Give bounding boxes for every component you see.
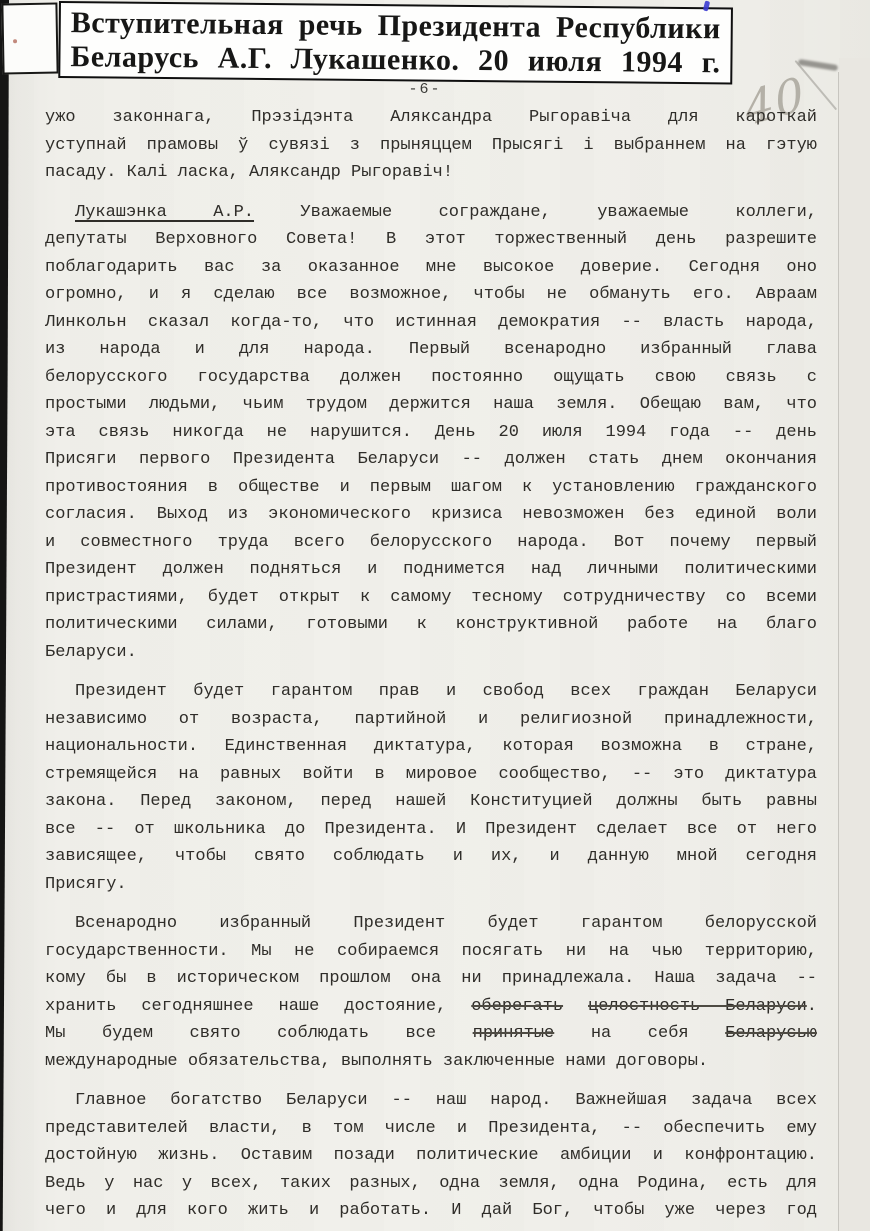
text-run: Беларуси. <box>45 643 137 662</box>
text-line: Мы будем свято соблюдать все принятые на… <box>45 1020 817 1048</box>
corner-paper-slip <box>1 3 58 75</box>
text-line: международные обязательства, выполнять з… <box>45 1048 817 1076</box>
text-run: Президент должен подняться и поднимется … <box>45 560 817 579</box>
text-run: белорусского государства должен постоянн… <box>45 368 817 387</box>
text-line: стремящейся на равных войти в мировое со… <box>45 761 817 789</box>
text-line: уступнай прамовы ў сувязі з прыняццем Пр… <box>45 132 817 160</box>
text-run: поблагодарить вас за оказанное мне высок… <box>45 258 817 277</box>
text-line: политическими силами, готовыми к констру… <box>45 611 817 639</box>
text-run: Присяги первого Президента Беларуси -- д… <box>45 450 817 469</box>
paragraph: ужо законнага, Прэзідэнта Аляксандра Рыг… <box>45 104 817 187</box>
text-run: национальности. Единственная диктатура, … <box>45 737 817 756</box>
red-speck <box>13 39 17 43</box>
text-run: депутаты Верховного Совета! В этот торже… <box>45 230 817 249</box>
text-line: согласия. Выход из экономического кризис… <box>45 501 817 529</box>
text-run: международные обязательства, выполнять з… <box>45 1052 708 1071</box>
scan-edge-shadow <box>0 0 9 1231</box>
pen-struck-text: принятые <box>473 1024 555 1043</box>
text-line: депутаты Верховного Совета! В этот торже… <box>45 226 817 254</box>
pen-struck-text: целостность Беларуси <box>588 997 807 1016</box>
text-line: Ведь у нас у всех, таких разных, одна зе… <box>45 1170 817 1198</box>
text-line: Присяги первого Президента Беларуси -- д… <box>45 446 817 474</box>
text-run: Президент будет гарантом прав и свобод в… <box>75 682 817 701</box>
text-run: политическими силами, готовыми к констру… <box>45 615 817 634</box>
text-line: и совместного труда всего белорусского н… <box>45 529 817 557</box>
text-run: хранить сегодняшнее наше достояние, <box>45 997 471 1016</box>
paragraph: Главное богатство Беларуси -- наш народ.… <box>45 1087 817 1225</box>
scan-backing-strip <box>839 58 870 1231</box>
text-line: поблагодарить вас за оказанное мне высок… <box>45 254 817 282</box>
text-line: эта связь никогда не нарушится. День 20 … <box>45 419 817 447</box>
text-line: кому бы в историческом прошлом она ни пр… <box>45 965 817 993</box>
text-run: огромно, и я сделаю все возможное, чтобы… <box>45 285 817 304</box>
paragraph: Лукашэнка А.Р. Уважаемые сограждане, ува… <box>45 199 817 667</box>
text-line: независимо от возраста, партийной и рели… <box>45 706 817 734</box>
text-run: чего и для кого жить и работать. И дай Б… <box>45 1201 817 1220</box>
text-run <box>563 997 588 1016</box>
text-line: чего и для кого жить и работать. И дай Б… <box>45 1197 817 1225</box>
text-run: достойную жизнь. Оставим позади политиче… <box>45 1146 817 1165</box>
text-run: простыми людьми, чьим трудом держится на… <box>45 395 817 414</box>
document-body: ужо законнага, Прэзідэнта Аляксандра Рыг… <box>45 104 817 1225</box>
paragraph: Всенародно избранный Президент будет гар… <box>45 910 817 1075</box>
text-line: белорусского государства должен постоянн… <box>45 364 817 392</box>
text-line: Линкольн сказал когда-то, что истинная д… <box>45 309 817 337</box>
text-line: достойную жизнь. Оставим позади политиче… <box>45 1142 817 1170</box>
text-line: Лукашэнка А.Р. Уважаемые сограждане, ува… <box>45 199 817 227</box>
text-line: простыми людьми, чьим трудом держится на… <box>45 391 817 419</box>
text-line: ужо законнага, Прэзідэнта Аляксандра Рыг… <box>45 104 817 132</box>
text-line: хранить сегодняшнее наше достояние, обер… <box>45 993 817 1021</box>
text-run: Ведь у нас у всех, таких разных, одна зе… <box>45 1174 817 1193</box>
text-run: кому бы в историческом прошлом она ни пр… <box>45 969 817 988</box>
text-run: закона. Перед законом, перед нашей Конст… <box>45 792 817 811</box>
document-title-line2: Беларусь А.Г. Лукашенко. 20 июля 1994 г. <box>70 40 720 80</box>
text-run: представителей власти, в том числе и Пре… <box>45 1119 817 1138</box>
text-line: закона. Перед законом, перед нашей Конст… <box>45 788 817 816</box>
text-run: уступнай прамовы ў сувязі з прыняццем Пр… <box>45 136 817 155</box>
text-run: согласия. Выход из экономического кризис… <box>45 505 817 524</box>
text-line: представителей власти, в том числе и Пре… <box>45 1115 817 1143</box>
paragraph: Президент будет гарантом прав и свобод в… <box>45 678 817 898</box>
text-line: из народа и для народа. Первый всенародн… <box>45 336 817 364</box>
document-title-box: Вступительная речь Президента Республики… <box>58 1 733 84</box>
text-run: противостояния в обществе и первым шагом… <box>45 478 817 497</box>
pen-struck-text: Беларусью <box>725 1024 817 1043</box>
text-line: противостояния в обществе и первым шагом… <box>45 474 817 502</box>
text-run: Главное богатство Беларуси -- наш народ.… <box>75 1091 817 1110</box>
text-line: огромно, и я сделаю все возможное, чтобы… <box>45 281 817 309</box>
text-line: пасаду. Калі ласка, Аляксандр Рыгоравіч! <box>45 159 817 187</box>
text-line: государственности. Мы не собираемся пося… <box>45 938 817 966</box>
text-run: все -- от школьника до Президента. И Пре… <box>45 820 817 839</box>
underlined-speaker-name: Лукашэнка А.Р. <box>75 203 254 222</box>
text-line: Главное богатство Беларуси -- наш народ.… <box>45 1087 817 1115</box>
text-run: государственности. Мы не собираемся пося… <box>45 942 817 961</box>
text-run: Мы будем свято соблюдать все <box>45 1024 473 1043</box>
text-run: независимо от возраста, партийной и рели… <box>45 710 817 729</box>
text-line: Беларуси. <box>45 639 817 667</box>
text-line: пристрастиями, будет открыт к самому тес… <box>45 584 817 612</box>
pen-struck-text: оберегать <box>471 997 563 1016</box>
text-line: все -- от школьника до Президента. И Пре… <box>45 816 817 844</box>
text-run: эта связь никогда не нарушится. День 20 … <box>45 423 817 442</box>
text-line: Всенародно избранный Президент будет гар… <box>45 910 817 938</box>
text-run: . <box>807 997 817 1016</box>
text-run: пристрастиями, будет открыт к самому тес… <box>45 588 817 607</box>
text-run: Уважаемые сограждане, уважаемые коллеги, <box>254 203 817 222</box>
text-run: пасаду. Калі ласка, Аляксандр Рыгоравіч! <box>45 163 453 182</box>
text-run: из народа и для народа. Первый всенародн… <box>45 340 817 359</box>
text-run: Линкольн сказал когда-то, что истинная д… <box>45 313 817 332</box>
text-run: и совместного труда всего белорусского н… <box>45 533 817 552</box>
text-run: Присягу. <box>45 875 127 894</box>
text-line: зависящее, чтобы свято соблюдать и их, и… <box>45 843 817 871</box>
text-run: Всенародно избранный Президент будет гар… <box>75 914 817 933</box>
text-run: на себя <box>554 1024 725 1043</box>
text-line: Президент должен подняться и поднимется … <box>45 556 817 584</box>
text-run: стремящейся на равных войти в мировое со… <box>45 765 817 784</box>
scanned-document-page: Вступительная речь Президента Республики… <box>0 0 870 1231</box>
text-run: зависящее, чтобы свято соблюдать и их, и… <box>45 847 817 866</box>
page-number: -6- <box>45 81 805 98</box>
text-line: Президент будет гарантом прав и свобод в… <box>45 678 817 706</box>
text-line: национальности. Единственная диктатура, … <box>45 733 817 761</box>
text-run: ужо законнага, Прэзідэнта Аляксандра Рыг… <box>45 108 817 127</box>
sheet-right-edge <box>838 72 839 1231</box>
text-line: Присягу. <box>45 871 817 899</box>
